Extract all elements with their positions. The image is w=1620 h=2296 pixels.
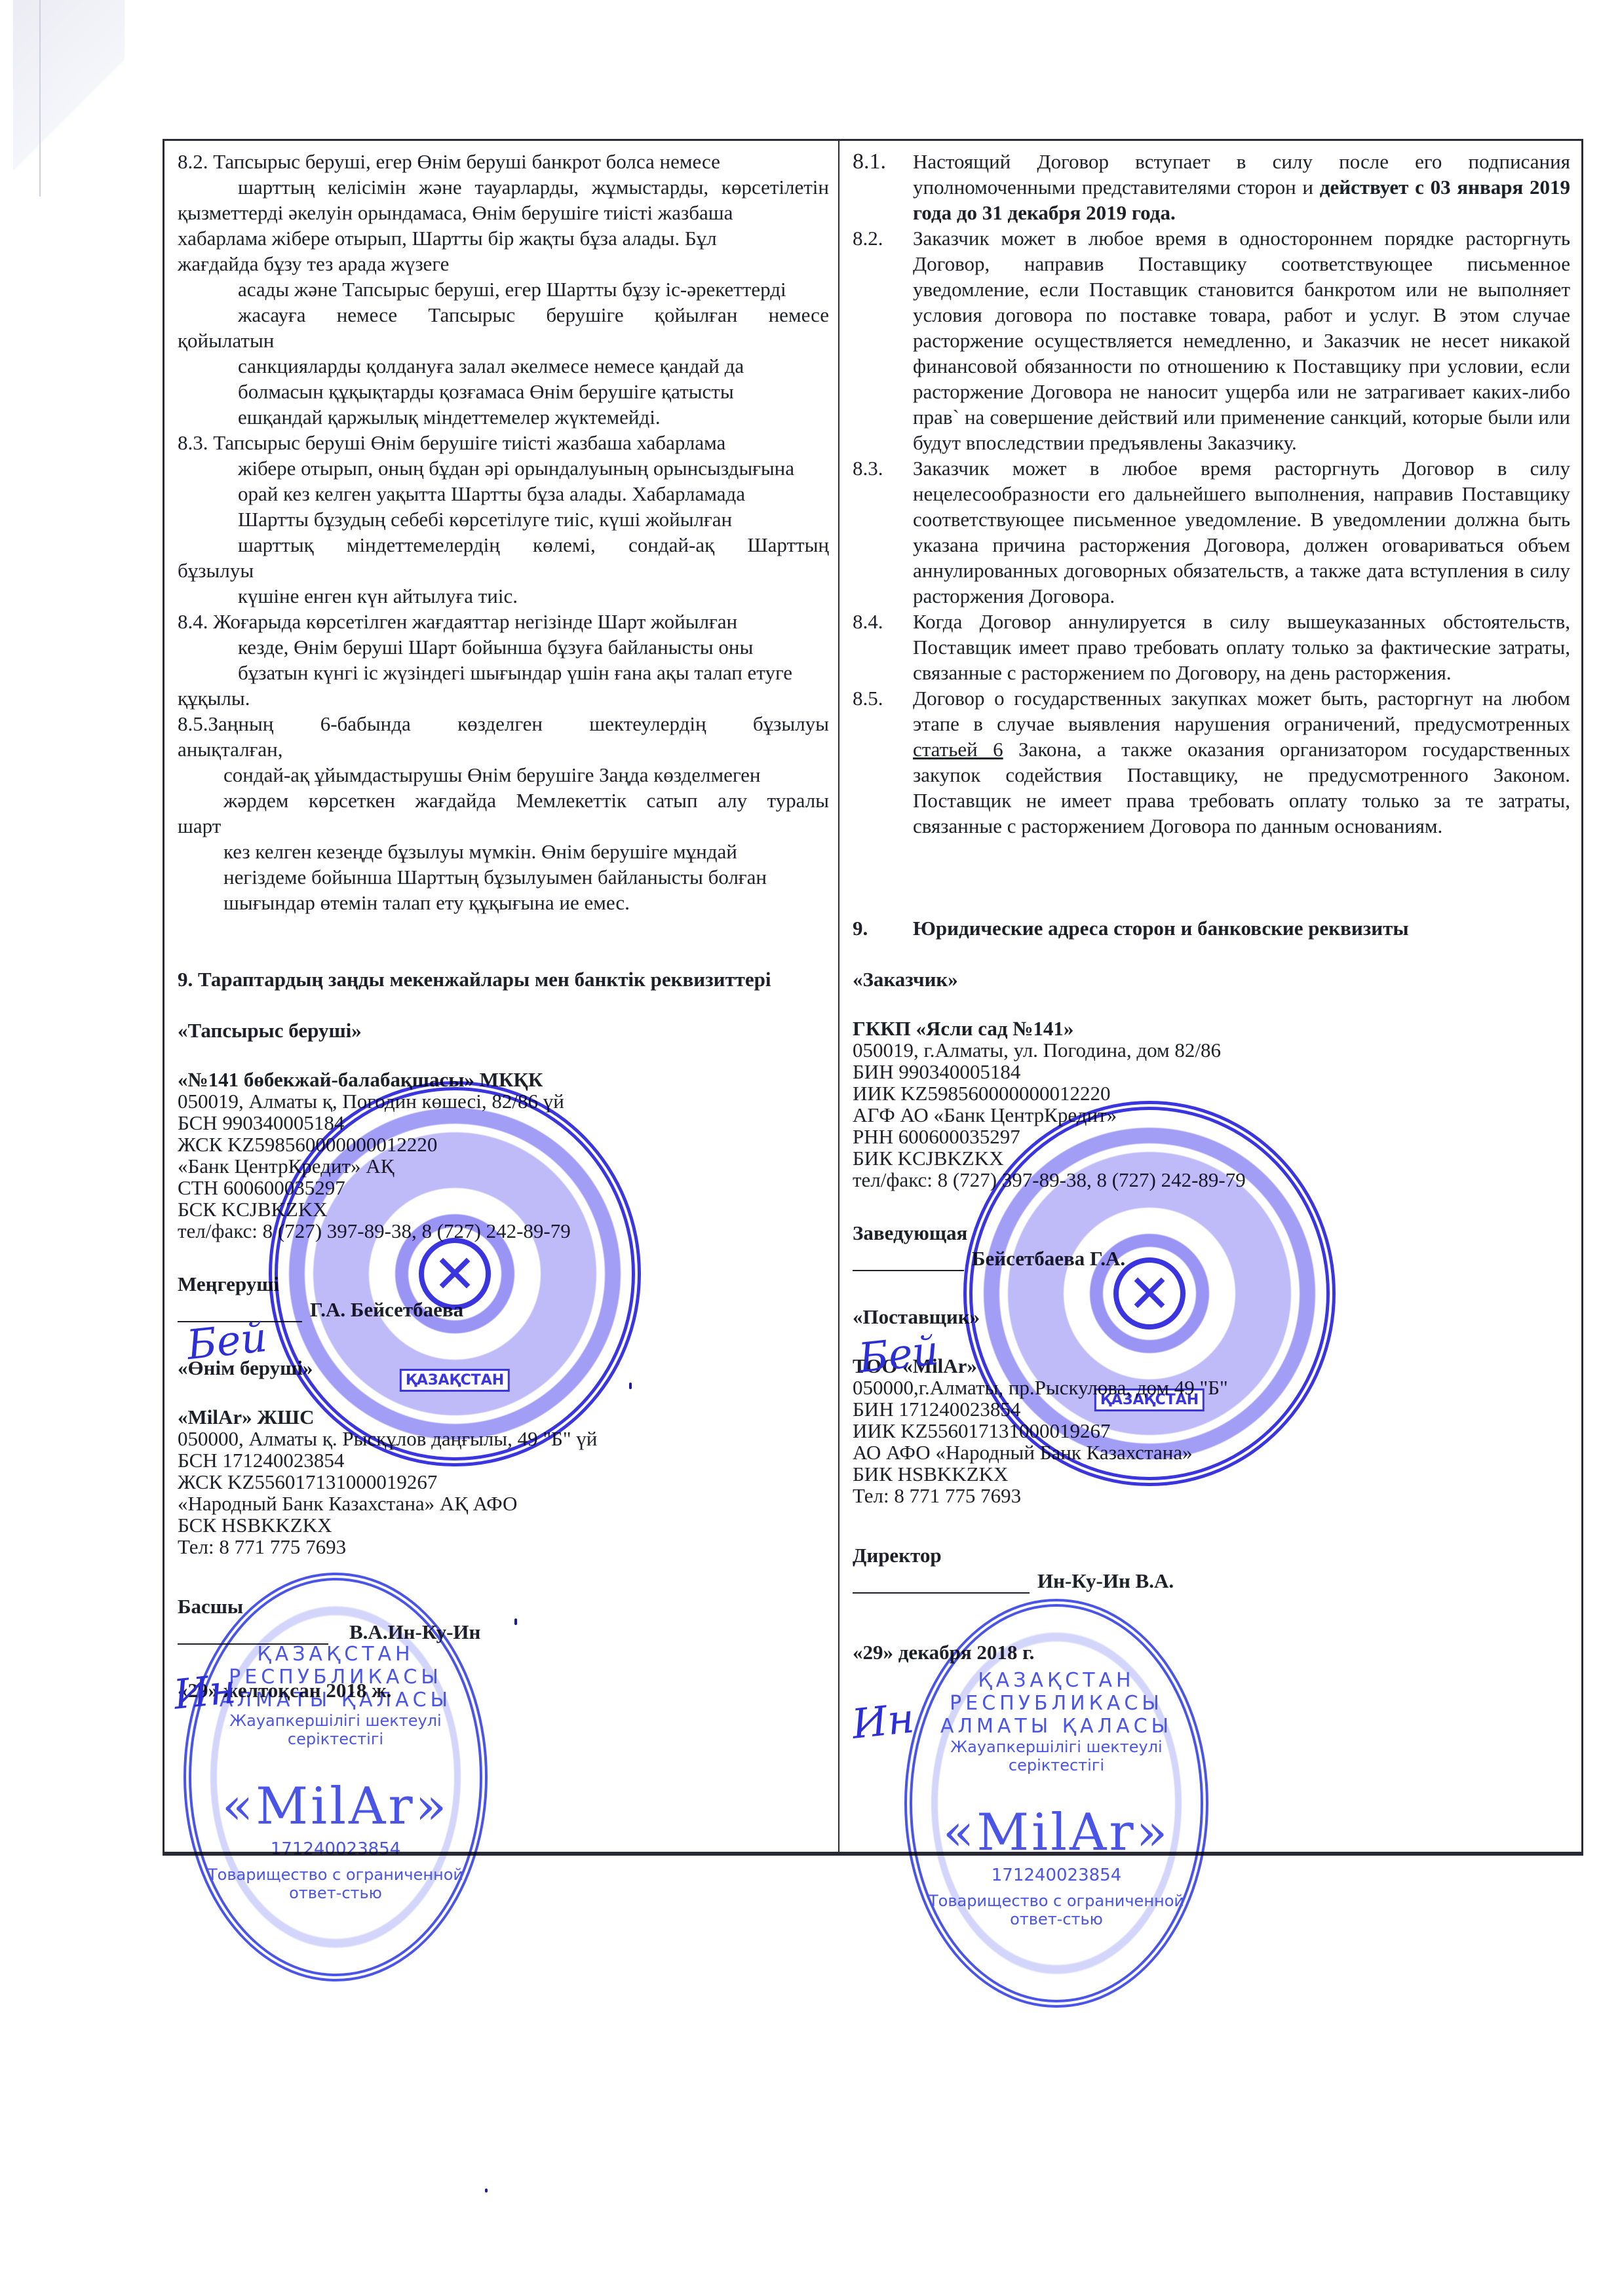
section-number: 9. [853,915,913,941]
signature-blank [178,1624,328,1645]
clause-line: жібере отырып, оның бұдан әрі орындалуын… [178,455,829,481]
seal-ru-type: Товарищество с ограниченной ответ-стью [191,1865,480,1902]
customer-requisites-ru: 050019, г.Алматы, ул. Погодина, дом 82/8… [853,1039,1570,1191]
scan-speck [629,1383,632,1389]
scan-edge-artifact [13,0,125,197]
clause-8-5-kz: 8.5.Заңның 6-бабында көзделген шектеулер… [178,711,829,915]
supplier-name-ru: ТОО «MilAr» [853,1355,1570,1377]
signatory-name: Бейсетбаева Г.А. [972,1246,1125,1271]
supplier-signature-line-ru: Ин-Ку-Ин В.А. [853,1568,1570,1594]
clause-line: бұзатын күнгі іс жүзіндегі шығындар үшін… [178,660,829,685]
clause-text: Когда Договор аннулируется в силу вышеук… [913,609,1570,685]
supplier-label-ru: «Поставщик» [853,1304,1570,1330]
clause-8-1-ru: 8.1. Настоящий Договор вступает в силу п… [853,149,1570,225]
requisite-line: ЖСК KZ556017131000019267 [178,1471,829,1493]
clause-line: ешқандай қаржылық міндеттемелер жүктемей… [178,404,829,430]
clause-line: қойылатын [178,328,829,353]
requisite-line: «Банк ЦентрКредит» АҚ [178,1155,829,1177]
requisite-line: СТН 600600035297 [178,1177,829,1198]
customer-sign-role-kz: Меңгеруші [178,1271,829,1297]
requisite-line: АО АФО «Народный Банк Казахстана» [853,1442,1570,1463]
supplier-label-kz: «Өнім беруші» [178,1355,829,1381]
requisite-line: Тел: 8 771 775 7693 [178,1536,829,1558]
requisite-line: БСН 990340005184 [178,1112,829,1134]
requisite-line: ЖСК KZ598560000000012220 [178,1134,829,1155]
clause-line: 8.4. Жоғарыда көрсетілген жағдаяттар нег… [178,609,829,634]
requisite-line: РНН 600600035297 [853,1126,1570,1147]
signatory-name: Г.А. Бейсетбаева [310,1297,463,1322]
supplier-name-kz: «MilAr» ЖШС [178,1406,829,1428]
date-ru: «29» декабря 2018 г. [853,1639,1570,1665]
signature-blank [853,1250,964,1271]
clause-line: құқылы. [178,685,829,711]
clause-line: негіздеме бойынша Шарттың бұзылуымен бай… [178,864,829,890]
customer-name-ru: ГККП «Ясли сад №141» [853,1018,1570,1039]
section-title: Юридические адреса сторон и банковские р… [913,915,1570,941]
date-kz: «29» желтоқсан 2018 ж. [178,1677,829,1703]
clause-line: санкцияларды қолдануға залал әкелмесе не… [178,353,829,379]
kazakh-column: 8.2. Тапсырыс беруші, егер Өнім беруші б… [164,141,839,1852]
section-9-title-ru: 9. Юридические адреса сторон и банковски… [853,915,1570,941]
requisite-line: АГФ АО «Банк ЦентрКредит» [853,1104,1570,1126]
seal-ru-type: Товарищество с ограниченной ответ-стью [912,1892,1201,1928]
supplier-requisites-ru: 050000,г.Алматы, пр.Рыскулова, дом 49 "Б… [853,1377,1570,1506]
section-9-title-kz: 9. Тараптардың заңды мекенжайлары мен ба… [178,966,829,992]
supplier-requisites-kz: 050000, Алматы қ. Рысқұлов даңғылы, 49 "… [178,1428,829,1558]
clause-number: 8.2. [853,225,913,455]
clause-text: Договор о государственных закупках может… [913,685,1570,839]
supplier-sign-role-ru: Директор [853,1542,1570,1568]
clause-8-5-ru: 8.5. Договор о государственных закупках … [853,685,1570,839]
clause-text: Заказчик может в любое время расторгнуть… [913,455,1570,609]
clause-8-3-ru: 8.3. Заказчик может в любое время растор… [853,455,1570,609]
requisite-line: 050000,г.Алматы, пр.Рыскулова, дом 49 "Б… [853,1377,1570,1398]
requisite-line: Тел: 8 771 775 7693 [853,1485,1570,1506]
clause-line: Шартты бұзудың себебі көрсетілуге тиіс, … [178,507,829,532]
seal-bin: 171240023854 [912,1865,1201,1885]
clause-line: кезде, Өнім беруші Шарт бойынша бұзуға б… [178,634,829,660]
requisite-line: БСК HSBKKZKX [178,1514,829,1536]
clause-number: 8.1. [853,149,913,225]
signature-blank [853,1573,1030,1594]
clause-line: орай кез келген уақытта Шартты бұза алад… [178,481,829,507]
supplier-signature-line-kz: В.А.Ин-Ку-Ин [178,1619,829,1645]
scan-speck [485,2189,488,2192]
requisite-line: 050019, Алматы қ, Погодин көшесі, 82/86 … [178,1090,829,1112]
requisite-line: БИН 990340005184 [853,1061,1570,1082]
clause-8-4-kz: 8.4. Жоғарыда көрсетілген жағдаяттар нег… [178,609,829,711]
clause-line: 8.2. Тапсырыс беруші, егер Өнім беруші б… [178,149,829,174]
clause-line: шарттық міндеттемелердің көлемі, сондай-… [178,532,829,558]
contract-bilingual-table: 8.2. Тапсырыс беруші, егер Өнім беруші б… [163,139,1583,1856]
customer-label-kz: «Тапсырыс беруші» [178,1018,829,1043]
scan-edge-line [39,0,41,197]
customer-sign-role-ru: Заведующая [853,1220,1570,1246]
requisite-line: ИИК KZ598560000000012220 [853,1082,1570,1104]
clause-line: күшіне енген күн айтылуға тиіс. [178,583,829,609]
customer-requisites-kz: 050019, Алматы қ, Погодин көшесі, 82/86 … [178,1090,829,1242]
requisite-line: «Народный Банк Казахстана» АҚ АФО [178,1493,829,1514]
requisite-line: 050000, Алматы қ. Рысқұлов даңғылы, 49 "… [178,1428,829,1449]
clause-line: анықталған, [178,737,829,762]
clause-line: жағдайда бұзу тез арада жүзеге [178,251,829,277]
russian-column: 8.1. Настоящий Договор вступает в силу п… [839,141,1583,1852]
clause-8-4-ru: 8.4. Когда Договор аннулируется в силу в… [853,609,1570,685]
requisite-line: БСН 171240023854 [178,1449,829,1471]
customer-name-kz: «№141 бөбекжай-балабақшасы» МКҚК [178,1069,829,1090]
requisite-line: 050019, г.Алматы, ул. Погодина, дом 82/8… [853,1039,1570,1061]
clause-8-3-kz: 8.3. Тапсырыс беруші Өнім берушіге тиіст… [178,430,829,609]
clause-number: 8.5. [853,685,913,839]
customer-label-ru: «Заказчик» [853,966,1570,992]
clause-number: 8.4. [853,609,913,685]
requisite-line: БИК KCJBKZKX [853,1147,1570,1169]
signatory-name: Ин-Ку-Ин В.А. [1037,1568,1174,1594]
requisite-line: тел/факс: 8 (727) 397-89-38, 8 (727) 242… [853,1169,1570,1191]
requisite-line: БСК KCJBKZKX [178,1198,829,1220]
requisite-line: ИИК KZ556017131000019267 [853,1420,1570,1442]
requisite-line: БИН 171240023854 [853,1398,1570,1420]
clause-text-part: Договор о государственных закупках может… [913,687,1570,735]
clause-text-part: Закона, а также оказания организатором г… [913,738,1570,837]
clause-8-2-kz: 8.2. Тапсырыс беруші, егер Өнім беруші б… [178,149,829,430]
supplier-sign-role-kz: Басшы [178,1594,829,1619]
scan-speck [514,1618,517,1625]
customer-signature-line-ru: Бейсетбаева Г.А. [853,1246,1570,1271]
clause-line: болмасын құқықтарды қозғамаса Өнім беруш… [178,379,829,404]
clause-line: сондай-ақ ұйымдастырушы Өнім берушіге За… [178,762,829,788]
requisite-line: БИК HSBKKZKX [853,1463,1570,1485]
clause-line: 8.3. Тапсырыс беруші Өнім берушіге тиіст… [178,430,829,455]
clause-text: Настоящий Договор вступает в силу после … [913,149,1570,225]
clause-line: хабарлама жібере отырып, Шартты бір жақт… [178,225,829,251]
clause-number: 8.3. [853,455,913,609]
clause-line: асады және Тапсырыс беруші, егер Шартты … [178,277,829,302]
clause-line: 8.5.Заңның 6-бабында көзделген шектеулер… [178,711,829,737]
clause-8-2-ru: 8.2. Заказчик может в любое время в одно… [853,225,1570,455]
customer-signature-line-kz: Г.А. Бейсетбаева [178,1297,829,1322]
clause-line: бұзылуы [178,558,829,583]
clause-line: жасауға немесе Тапсырыс берушіге қойылға… [178,302,829,328]
signature-blank [178,1301,302,1322]
requisite-line: тел/факс: 8 (727) 397-89-38, 8 (727) 242… [178,1220,829,1242]
clause-line: шарттың келісімін және тауарларды, жұмыс… [178,174,829,200]
clause-line: кез келген кезеңде бұзылуы мүмкін. Өнім … [178,839,829,864]
law-article-link[interactable]: статьей 6 [913,738,1003,761]
clause-line: шарт [178,813,829,839]
clause-line: шығындар өтемін талап ету құқығына ие ем… [178,890,829,915]
clause-line: жәрдем көрсеткен жағдайда Мемлекеттік са… [178,788,829,813]
signatory-name: В.А.Ин-Ку-Ин [349,1619,480,1645]
clause-line: қызметтерді әкелуін орындамаса, Өнім бер… [178,200,829,225]
clause-text: Заказчик может в любое время в односторо… [913,225,1570,455]
